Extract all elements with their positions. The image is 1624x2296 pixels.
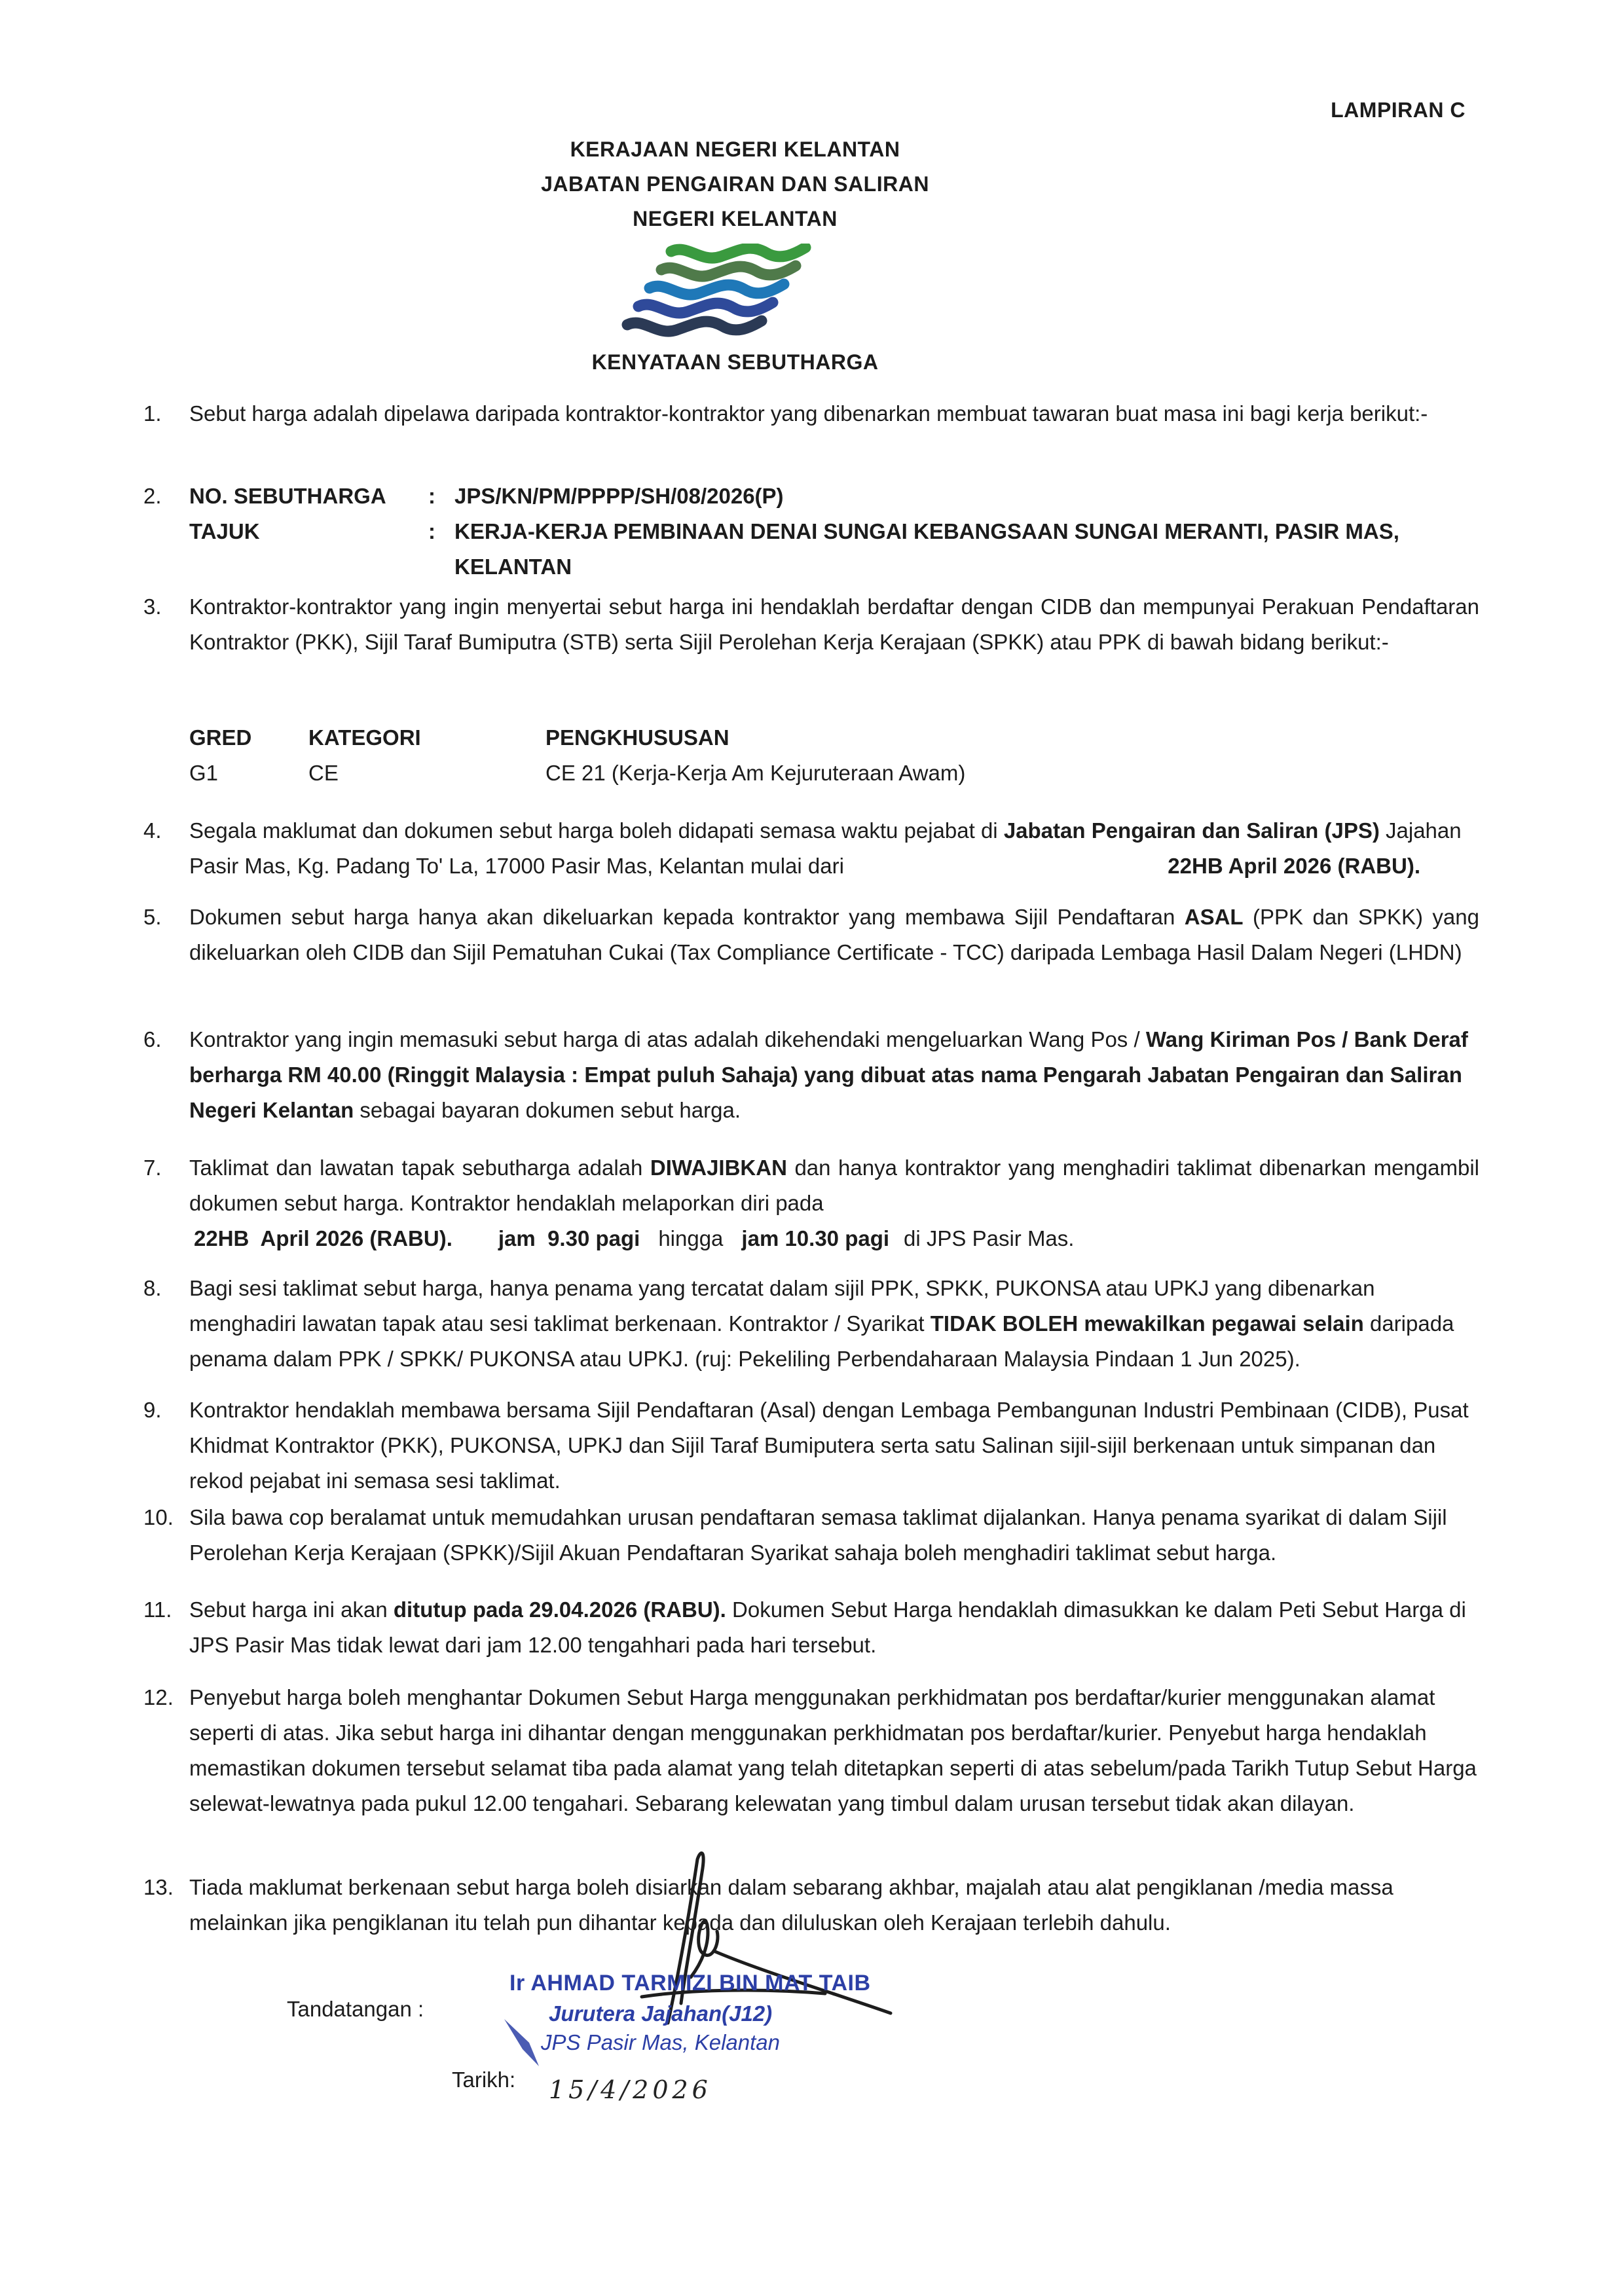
clause-text: Penyebut harga boleh menghantar Dokumen … (189, 1680, 1479, 1821)
briefing-start-time: jam 9.30 pagi (498, 1226, 640, 1250)
quotation-number-value: JPS/KN/PM/PPPP/SH/08/2026(P) (454, 479, 1479, 514)
table-header-specialization: PENGKHUSUSAN (545, 720, 1331, 756)
signatory-office: JPS Pasir Mas, Kelantan (541, 2030, 871, 2055)
clause-text: Sebut harga adalah dipelawa daripada kon… (189, 396, 1479, 431)
clause-12: 12. Penyebut harga boleh menghantar Doku… (143, 1680, 1479, 1821)
eligibility-table: GRED KATEGORI PENGKHUSUSAN G1 CE CE 21 (… (189, 720, 1331, 791)
office-name: Jabatan Pengairan dan Saliran (JPS) (1004, 818, 1380, 843)
clause-number: 11. (143, 1592, 189, 1628)
clause-5: 5. Dokumen sebut harga hanya akan dikelu… (143, 900, 1479, 970)
clause-text: Sila bawa cop beralamat untuk memudahkan… (189, 1500, 1479, 1571)
signatory-title: Jurutera Jajahan(J12) (549, 2001, 871, 2026)
clause-text: Kontraktor-kontraktor yang ingin menyert… (189, 589, 1479, 660)
briefing-end-time: jam 10.30 pagi (741, 1226, 889, 1250)
briefing-date: 22HB April 2026 (RABU). (194, 1226, 452, 1250)
annex-label: LAMPIRAN C (1331, 98, 1466, 122)
clause-number: 7. (143, 1150, 189, 1186)
signatory-name: Ir AHMAD TARMIZI BIN MAT TAIB (509, 1971, 871, 1996)
quotation-number-label: NO. SEBUTHARGA (189, 479, 428, 514)
clause-9: 9. Kontraktor hendaklah membawa bersama … (143, 1393, 1479, 1499)
clause-10: 10. Sila bawa cop beralamat untuk memuda… (143, 1500, 1479, 1571)
clause-number: 8. (143, 1271, 189, 1306)
clause-3: 3. Kontraktor-kontraktor yang ingin meny… (143, 589, 1479, 660)
clause-number: 13. (143, 1870, 189, 1905)
clause-8: 8. Bagi sesi taklimat sebut harga, hanya… (143, 1271, 1479, 1377)
document-availability-date: 22HB April 2026 (RABU). (1168, 848, 1420, 884)
header-government: KERAJAAN NEGERI KELANTAN (0, 137, 1470, 162)
signature-date: 15/4/2026 (549, 2075, 712, 2104)
clause-number: 6. (143, 1022, 189, 1057)
clause-number: 2. (143, 479, 189, 514)
clause-number: 1. (143, 396, 189, 431)
document-title: KENYATAAN SEBUTHARGA (0, 350, 1470, 374)
header-state: NEGERI KELANTAN (0, 207, 1470, 231)
title-value: KERJA-KERJA PEMBINAAN DENAI SUNGAI KEBAN… (454, 514, 1479, 585)
clause-4: 4. Segala maklumat dan dokumen sebut har… (143, 813, 1479, 884)
clause-number: 9. (143, 1393, 189, 1428)
signature-label: Tandatangan : (287, 1997, 424, 2022)
clause-7: 7. Taklimat dan lawatan tapak sebutharga… (143, 1150, 1479, 1221)
document-page: LAMPIRAN C KERAJAAN NEGERI KELANTAN JABA… (0, 0, 1624, 2296)
briefing-schedule: 22HB April 2026 (RABU).jam 9.30 pagihing… (194, 1221, 1074, 1256)
clause-text: Kontraktor hendaklah membawa bersama Sij… (189, 1393, 1479, 1499)
table-cell-specialization: CE 21 (Kerja-Kerja Am Kejuruteraan Awam) (545, 756, 1331, 791)
clause-number: 10. (143, 1500, 189, 1535)
table-cell-grade: G1 (189, 756, 308, 791)
date-label: Tarikh: (452, 2068, 515, 2092)
clause-number: 3. (143, 589, 189, 625)
table-header-category: KATEGORI (308, 720, 545, 756)
closing-date: ditutup pada 29.04.2026 (RABU). (394, 1597, 726, 1622)
title-row: TAJUK : KERJA-KERJA PEMBINAAN DENAI SUNG… (189, 514, 1479, 585)
clause-2: 2. NO. SEBUTHARGA : JPS/KN/PM/PPPP/SH/08… (143, 479, 1479, 585)
clause-1: 1. Sebut harga adalah dipelawa daripada … (143, 396, 1479, 431)
title-label: TAJUK (189, 514, 428, 585)
table-header-grade: GRED (189, 720, 308, 756)
jps-waves-logo-icon (609, 244, 832, 342)
table-cell-category: CE (308, 756, 545, 791)
stamp-mark-icon (503, 2016, 542, 2069)
clause-number: 5. (143, 900, 189, 935)
clause-11: 11. Sebut harga ini akan ditutup pada 29… (143, 1592, 1479, 1663)
clause-6: 6. Kontraktor yang ingin memasuki sebut … (143, 1022, 1479, 1128)
clause-number: 12. (143, 1680, 189, 1715)
official-stamp: Ir AHMAD TARMIZI BIN MAT TAIB Jurutera J… (509, 1971, 871, 2055)
clause-number: 4. (143, 813, 189, 848)
quotation-number-row: NO. SEBUTHARGA : JPS/KN/PM/PPPP/SH/08/20… (189, 479, 1479, 514)
header-department: JABATAN PENGAIRAN DAN SALIRAN (0, 172, 1470, 196)
